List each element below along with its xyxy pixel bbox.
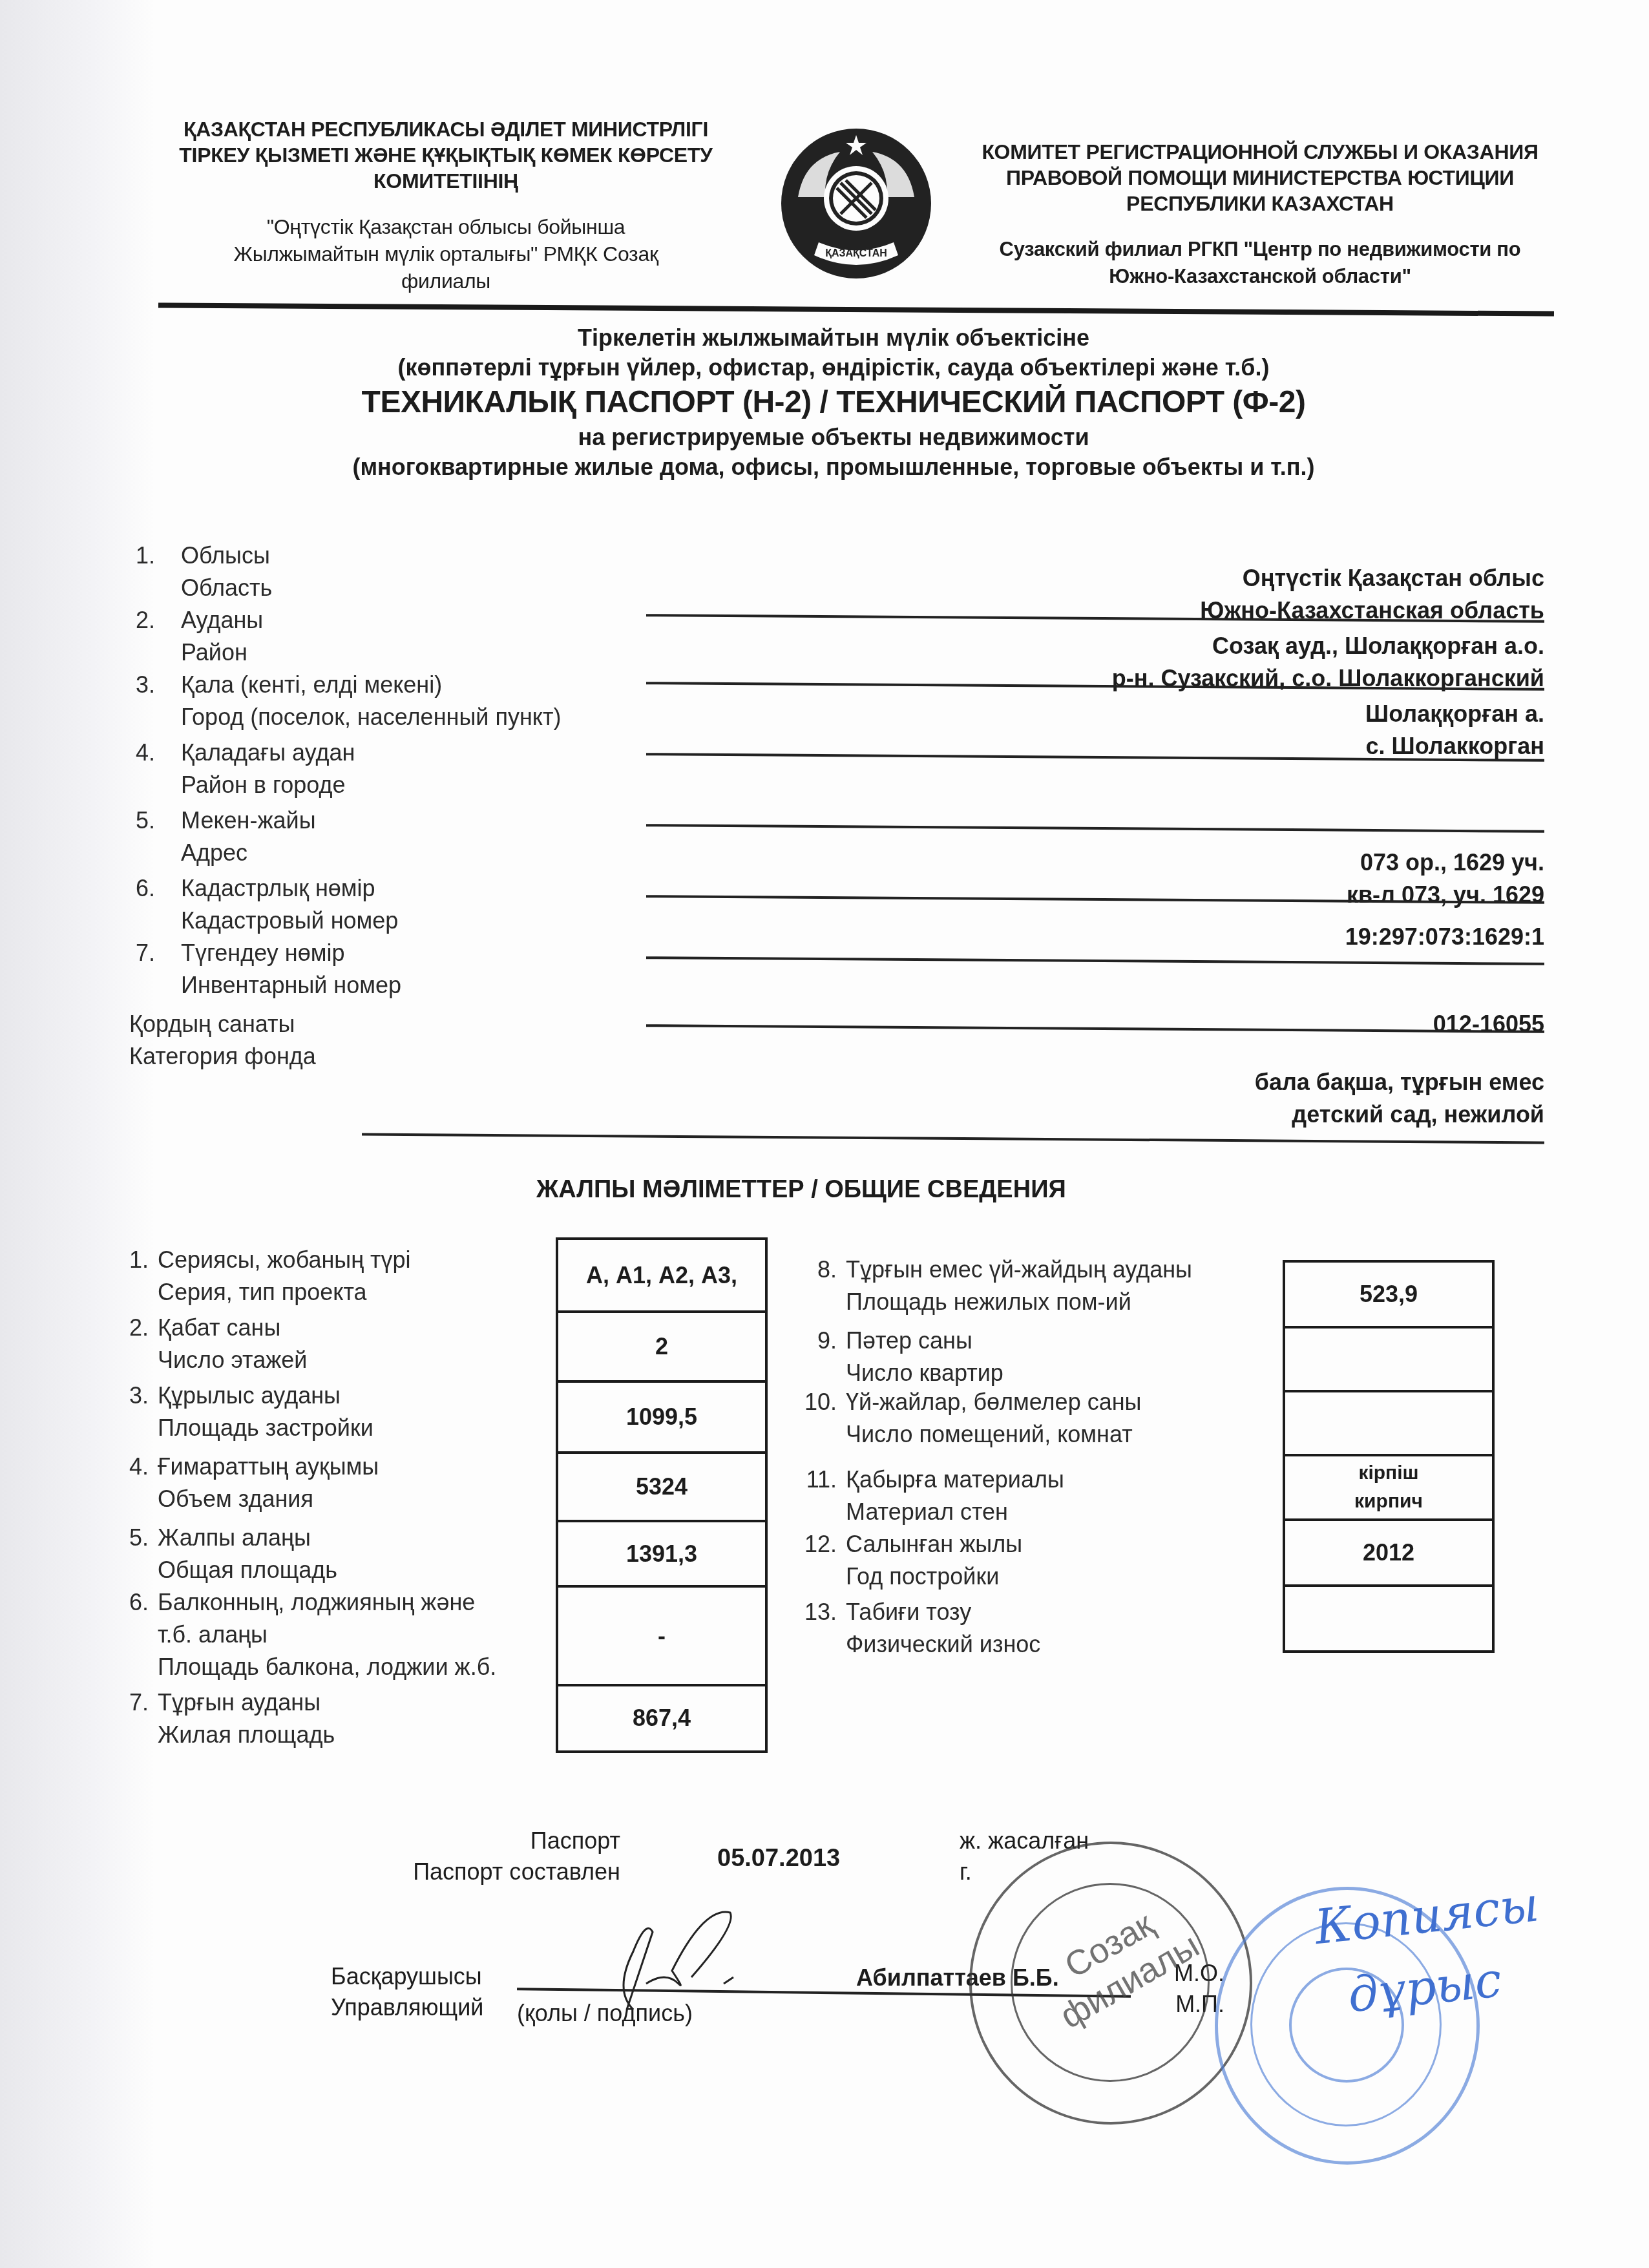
general-item-label-line: Число квартир bbox=[775, 1357, 1003, 1389]
general-item-label-line: Физический износ bbox=[775, 1628, 1040, 1661]
general-item-label-line: 8.Тұрғын емес үй-жайдың ауданы bbox=[775, 1254, 1192, 1286]
header-ru-org-line: ПРАВОВОЙ ПОМОЩИ МИНИСТЕРСТВА ЮСТИЦИИ bbox=[956, 165, 1564, 191]
general-item-value: 1099,5 bbox=[558, 1383, 765, 1454]
manager-label-ru: Управляющий bbox=[331, 1992, 483, 2023]
general-item-label-line: 1.Сериясы, жобаның түрі bbox=[113, 1244, 411, 1276]
passport-compiled-label: Паспорт Паспорт составлен bbox=[362, 1825, 620, 1887]
header-kz-branch-line: филиалы bbox=[155, 268, 737, 295]
general-item-label: 12.Салынған жылыГод постройки bbox=[775, 1528, 1022, 1593]
field-value-ru: 19:297:073:1629:1 bbox=[1345, 921, 1544, 953]
general-item-number: 9. bbox=[775, 1325, 846, 1357]
general-item-label-line: Площадь нежилых пом-ий bbox=[775, 1286, 1192, 1318]
field-label: Қордың санатыКатегория фонда bbox=[129, 1008, 316, 1073]
field-label: 4.Қаладағы ауданРайон в городе bbox=[136, 737, 355, 801]
general-item-number: 4. bbox=[113, 1451, 158, 1483]
general-item-label-line: 12.Салынған жылы bbox=[775, 1528, 1022, 1560]
field-label: 3.Қала (кенті, елді мекені)Город (посело… bbox=[136, 669, 561, 733]
field-underline bbox=[646, 824, 1544, 833]
field-label-kz: 1.Облысы bbox=[136, 540, 272, 572]
general-item-number: 6. bbox=[113, 1586, 158, 1619]
field-value-kz: Шолаққорған а. bbox=[1365, 698, 1544, 730]
field-label-kz-text: Мекен-жайы bbox=[181, 807, 316, 834]
header-ru-branch: Сузакский филиал РГКП "Центр по недвижим… bbox=[956, 236, 1564, 290]
general-item-number: 10. bbox=[775, 1386, 846, 1418]
field-label-kz: 7.Түгендеу нөмір bbox=[136, 937, 401, 969]
field-label-kz-text: Облысы bbox=[181, 542, 270, 569]
general-item-value: - bbox=[558, 1588, 765, 1686]
field-label: 7.Түгендеу нөмірИнвентарный номер bbox=[136, 937, 401, 1002]
general-item-value: кірпішкирпич bbox=[1285, 1456, 1492, 1521]
manager-label-kz: Басқарушысы bbox=[331, 1961, 483, 1992]
field-label-kz: 4.Қаладағы аудан bbox=[136, 737, 355, 769]
field-value-kz: Созақ ауд., Шолаққорған а.о. bbox=[1112, 630, 1544, 662]
title-kz-intro: Тіркелетін жылжымайтын мүлік объектісіне bbox=[246, 323, 1422, 353]
field-value-ru: детский сад, нежилой bbox=[1255, 1098, 1544, 1131]
general-item-value: 5324 bbox=[558, 1454, 765, 1522]
title-ru-types: (многоквартирные жилые дома, офисы, пром… bbox=[246, 452, 1422, 482]
general-item-number: 11. bbox=[775, 1464, 846, 1496]
general-item-label-line: Жилая площадь bbox=[113, 1719, 335, 1751]
header-ru-branch-line: Южно-Казахстанской области" bbox=[956, 263, 1564, 290]
general-item-value-line: кирпич bbox=[1354, 1487, 1423, 1516]
field-number: 6. bbox=[136, 872, 181, 905]
field-label-kz: 2.Ауданы bbox=[136, 604, 263, 636]
general-item-label: 11.Қабырға материалыМатериал стен bbox=[775, 1464, 1064, 1528]
general-item-number: 3. bbox=[113, 1380, 158, 1412]
field-value: 012-16055 bbox=[1433, 1008, 1544, 1040]
field-number: 3. bbox=[136, 669, 181, 701]
general-item-label-line: Площадь застройки bbox=[113, 1412, 373, 1444]
general-item-number: 7. bbox=[113, 1686, 158, 1719]
field-underline bbox=[362, 1133, 1544, 1144]
general-item-label-line: 9.Пәтер саны bbox=[775, 1325, 1003, 1357]
general-item-label: 3.Құрылыс ауданыПлощадь застройки bbox=[113, 1380, 373, 1444]
general-item-label-line: Объем здания bbox=[113, 1483, 379, 1515]
field-value-ru: кв-л 073, уч. 1629 bbox=[1347, 879, 1544, 911]
header-kz-org-line: КОМИТЕТІІНІҢ bbox=[155, 168, 737, 194]
title-kz-types: (көппәтерлі тұрғын үйлер, офистар, өндір… bbox=[246, 353, 1422, 383]
general-item-number: 12. bbox=[775, 1528, 846, 1560]
general-item-label-line: Число помещений, комнат bbox=[775, 1418, 1141, 1451]
passport-label-ru: Паспорт составлен bbox=[362, 1856, 620, 1887]
general-item-label: 8.Тұрғын емес үй-жайдың ауданыПлощадь не… bbox=[775, 1254, 1192, 1318]
field-label-kz-text: Қордың санаты bbox=[129, 1011, 295, 1037]
field-label: 1.ОблысыОбласть bbox=[136, 540, 272, 604]
general-item-value bbox=[1285, 1587, 1492, 1650]
field-label-ru: Категория фонда bbox=[129, 1040, 316, 1073]
general-item-number: 5. bbox=[113, 1522, 158, 1554]
general-item-label-line: 2.Қабат саны bbox=[113, 1312, 307, 1344]
field-number: 4. bbox=[136, 737, 181, 769]
header-kz-branch-line: "Оңтүстік Қазақстан облысы бойынша bbox=[155, 213, 737, 240]
general-item-label: 10.Үй-жайлар, бөлмелер саныЧисло помещен… bbox=[775, 1386, 1141, 1451]
general-item-number: 8. bbox=[775, 1254, 846, 1286]
field-value: Шолаққорған а.с. Шолаккорган bbox=[1365, 698, 1544, 762]
field-label-kz: Қордың санаты bbox=[129, 1008, 316, 1040]
signature-scribble-icon bbox=[607, 1893, 801, 2039]
general-item-label-line: 4.Ғимараттың ауқымы bbox=[113, 1451, 379, 1483]
general-item-label-line: Год постройки bbox=[775, 1560, 1022, 1593]
general-item-label: 4.Ғимараттың ауқымыОбъем здания bbox=[113, 1451, 379, 1515]
field-value-kz: 073 ор., 1629 уч. bbox=[1347, 846, 1544, 879]
field-underline bbox=[646, 1024, 1544, 1033]
title-main: ТЕХНИКАЛЫҚ ПАСПОРТ (Н-2) / ТЕХНИЧЕСКИЙ П… bbox=[246, 383, 1422, 423]
field-label-ru: Город (поселок, населенный пункт) bbox=[136, 701, 561, 733]
section-title-general: ЖАЛПЫ МӘЛІМЕТТЕР / ОБЩИЕ СВЕДЕНИЯ bbox=[536, 1176, 1066, 1204]
general-item-label-line: 7.Тұрғын ауданы bbox=[113, 1686, 335, 1719]
general-item-label-line: 6.Балконның, лоджияның және bbox=[113, 1586, 496, 1619]
general-item-label-line: Площадь балкона, лоджии ж.б. bbox=[113, 1651, 496, 1683]
general-item-label-line: 5.Жалпы алаңы bbox=[113, 1522, 337, 1554]
general-item-label-line: Число этажей bbox=[113, 1344, 307, 1376]
field-label-kz-text: Қала (кенті, елді мекені) bbox=[181, 671, 442, 698]
field-label-ru: Область bbox=[136, 572, 272, 604]
general-left-value-table: А, А1, А2, А3,21099,553241391,3-867,4 bbox=[556, 1237, 768, 1753]
document-title: Тіркелетін жылжымайтын мүлік объектісіне… bbox=[246, 323, 1422, 482]
field-number: 7. bbox=[136, 937, 181, 969]
general-item-label-line: т.б. алаңы bbox=[113, 1619, 496, 1651]
field-number: 2. bbox=[136, 604, 181, 636]
header-kz-org: ҚАЗАҚСТАН РЕСПУБЛИКАСЫ ӘДІЛЕТ МИНИСТРЛІГ… bbox=[155, 116, 737, 295]
field-label-kz-text: Қаладағы аудан bbox=[181, 739, 355, 766]
field-label: 6.Кадастрлық нөмірКадастровый номер bbox=[136, 872, 398, 937]
field-number: 1. bbox=[136, 540, 181, 572]
general-item-number: 1. bbox=[113, 1244, 158, 1276]
scan-edge-shadow bbox=[0, 0, 155, 2268]
field-label: 5.Мекен-жайыАдрес bbox=[136, 804, 316, 869]
general-item-value: 2012 bbox=[1285, 1521, 1492, 1587]
field-label-ru: Район в городе bbox=[136, 769, 355, 801]
general-item-label: 1.Сериясы, жобаның түріСерия, тип проект… bbox=[113, 1244, 411, 1308]
header-kz-branch: "Оңтүстік Қазақстан облысы бойынша Жылжы… bbox=[155, 213, 737, 295]
header-divider bbox=[158, 302, 1554, 316]
field-value: бала бақша, тұрғын емесдетский сад, нежи… bbox=[1255, 1066, 1544, 1131]
kazakhstan-state-emblem-icon: ҚАЗАҚСТАН bbox=[779, 126, 934, 281]
header-kz-org-line: ҚАЗАҚСТАН РЕСПУБЛИКАСЫ ӘДІЛЕТ МИНИСТРЛІГ… bbox=[155, 116, 737, 142]
header-ru-branch-line: Сузакский филиал РГКП "Центр по недвижим… bbox=[956, 236, 1564, 263]
general-item-label-line: 10.Үй-жайлар, бөлмелер саны bbox=[775, 1386, 1141, 1418]
header-ru-org-line: КОМИТЕТ РЕГИСТРАЦИОННОЙ СЛУЖБЫ И ОКАЗАНИ… bbox=[956, 139, 1564, 165]
general-item-number: 13. bbox=[775, 1596, 846, 1628]
field-label-kz-text: Түгендеу нөмір bbox=[181, 940, 345, 966]
general-item-label-line: 13.Табиғи тозу bbox=[775, 1596, 1040, 1628]
handwritten-certification: Копиясы дұрыс bbox=[1311, 1869, 1549, 2033]
general-item-value: 1391,3 bbox=[558, 1522, 765, 1588]
passport-date: 05.07.2013 bbox=[717, 1845, 840, 1873]
field-label-ru: Район bbox=[136, 636, 263, 669]
field-label-ru: Кадастровый номер bbox=[136, 905, 398, 937]
field-value-kz: бала бақша, тұрғын емес bbox=[1255, 1066, 1544, 1098]
general-item-label: 9.Пәтер саныЧисло квартир bbox=[775, 1325, 1003, 1389]
header-kz-branch-line: Жылжымайтын мүлік орталығы" РМҚК Созақ bbox=[155, 240, 737, 268]
manager-label: Басқарушысы Управляющий bbox=[331, 1961, 483, 2023]
general-item-label: 6.Балконның, лоджияның жәнет.б. алаңыПло… bbox=[113, 1586, 496, 1683]
field-underline bbox=[646, 956, 1544, 965]
field-label-kz: 3.Қала (кенті, елді мекені) bbox=[136, 669, 561, 701]
general-item-label-line: Материал стен bbox=[775, 1496, 1064, 1528]
general-item-label: 2.Қабат саныЧисло этажей bbox=[113, 1312, 307, 1376]
general-right-value-table: 523,9кірпішкирпич2012 bbox=[1283, 1260, 1495, 1653]
header-kz-org-line: ТІРКЕУ ҚЫЗМЕТІ ЖӘНЕ ҚҰҚЫҚТЫҚ КӨМЕК КӨРСЕ… bbox=[155, 142, 737, 168]
field-label-kz-text: Кадастрлық нөмір bbox=[181, 875, 375, 901]
general-item-value bbox=[1285, 1392, 1492, 1456]
field-label: 2.АуданыРайон bbox=[136, 604, 263, 669]
passport-label-kz: Паспорт bbox=[362, 1825, 620, 1856]
general-item-label: 5.Жалпы алаңыОбщая площадь bbox=[113, 1522, 337, 1586]
general-item-label-line: 3.Құрылыс ауданы bbox=[113, 1380, 373, 1412]
field-label-ru: Инвентарный номер bbox=[136, 969, 401, 1002]
field-value: 19:297:073:1629:1 bbox=[1345, 921, 1544, 953]
title-ru-intro: на регистрируемые объекты недвижимости bbox=[246, 423, 1422, 452]
field-label-kz-text: Ауданы bbox=[181, 607, 263, 633]
field-number: 5. bbox=[136, 804, 181, 837]
svg-text:ҚАЗАҚСТАН: ҚАЗАҚСТАН bbox=[825, 248, 887, 259]
field-label-kz: 5.Мекен-жайы bbox=[136, 804, 316, 837]
field-label-kz: 6.Кадастрлық нөмір bbox=[136, 872, 398, 905]
general-item-label: 13.Табиғи тозуФизический износ bbox=[775, 1596, 1040, 1661]
general-item-label-line: 11.Қабырға материалы bbox=[775, 1464, 1064, 1496]
general-item-label: 7.Тұрғын ауданыЖилая площадь bbox=[113, 1686, 335, 1751]
general-item-number: 2. bbox=[113, 1312, 158, 1344]
general-item-value-line: кірпіш bbox=[1358, 1459, 1418, 1487]
field-label-ru: Адрес bbox=[136, 837, 316, 869]
field-value-kz: Оңтүстік Қазақстан облыс bbox=[1200, 562, 1544, 594]
general-item-value: 2 bbox=[558, 1313, 765, 1383]
general-item-value: 523,9 bbox=[1285, 1263, 1492, 1328]
general-item-label-line: Общая площадь bbox=[113, 1554, 337, 1586]
field-value: Оңтүстік Қазақстан облысЮжно-Казахстанск… bbox=[1200, 562, 1544, 627]
header-ru-org: КОМИТЕТ РЕГИСТРАЦИОННОЙ СЛУЖБЫ И ОКАЗАНИ… bbox=[956, 139, 1564, 290]
header-ru-org-line: РЕСПУБЛИКИ КАЗАХСТАН bbox=[956, 191, 1564, 216]
general-item-value: А, А1, А2, А3, bbox=[558, 1240, 765, 1313]
general-item-value: 867,4 bbox=[558, 1686, 765, 1750]
general-item-label-line: Серия, тип проекта bbox=[113, 1276, 411, 1308]
branch-stamp-black: Созақ филиалы bbox=[969, 1842, 1252, 2125]
general-item-value bbox=[1285, 1328, 1492, 1392]
field-value-ru: 012-16055 bbox=[1433, 1008, 1544, 1040]
